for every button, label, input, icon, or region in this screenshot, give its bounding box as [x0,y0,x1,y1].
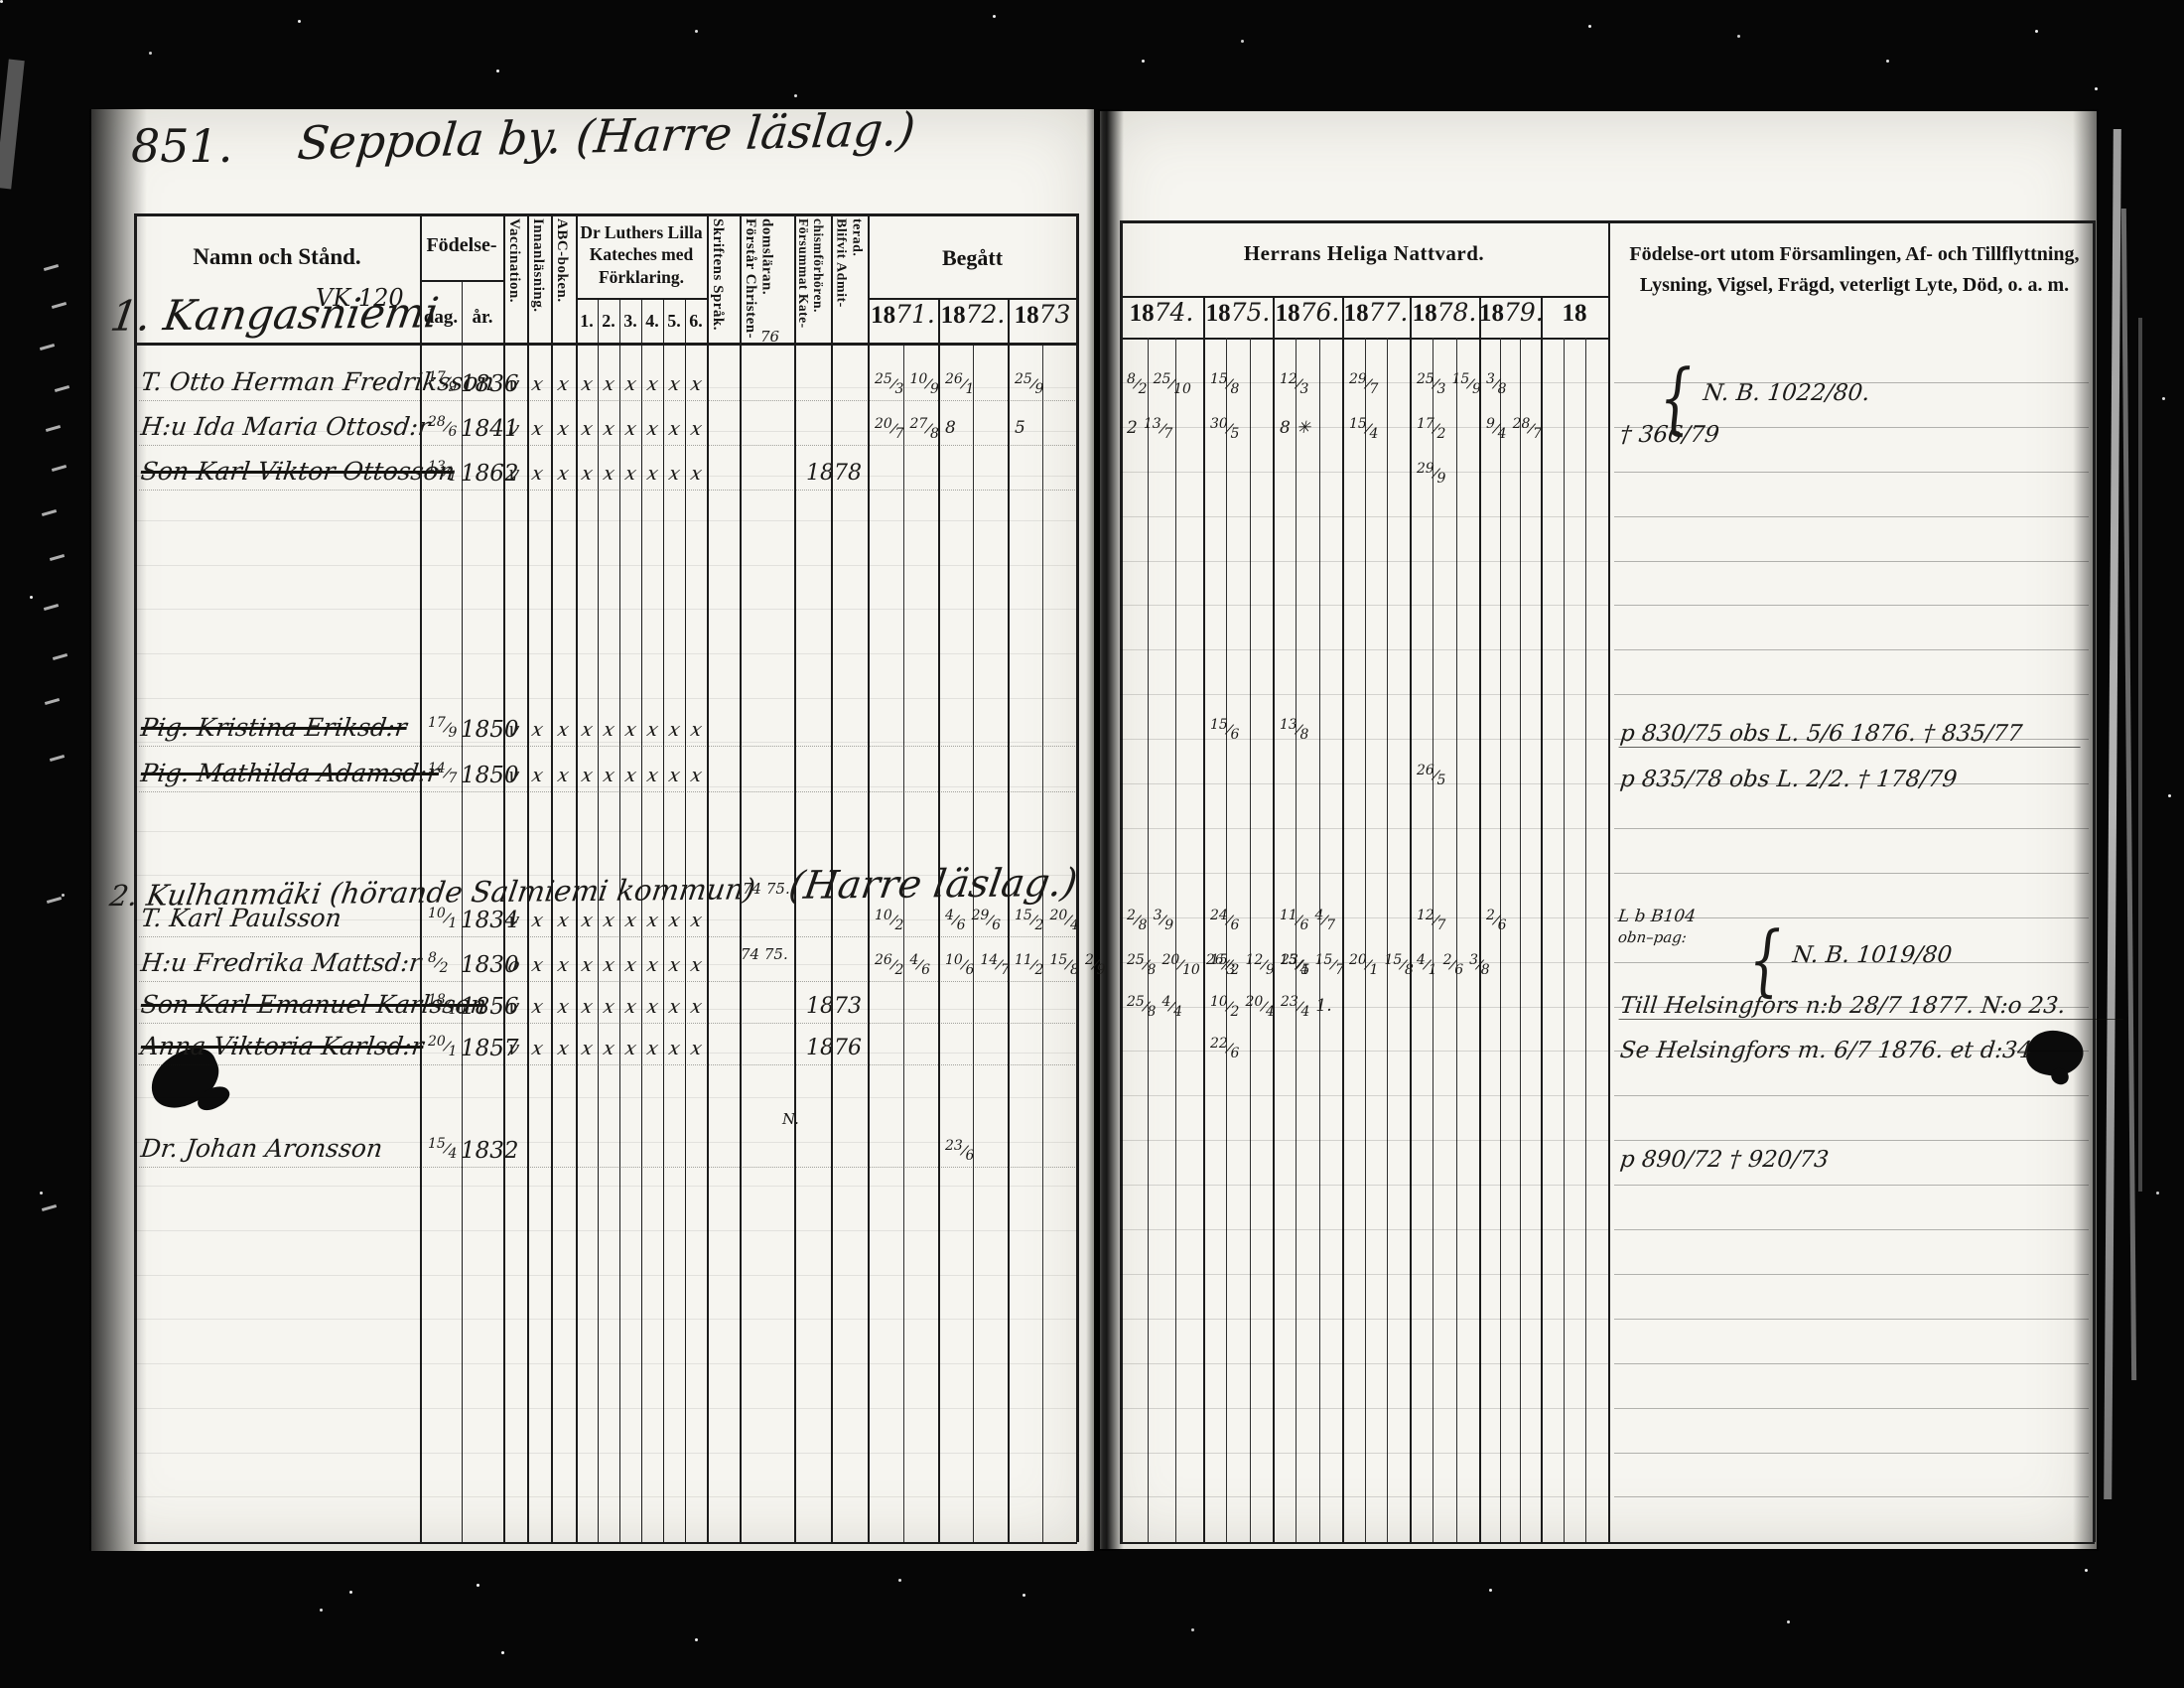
margin-note: p 890/72 † 920/73 [1619,1147,1831,1173]
ruled-line [1120,561,1608,562]
page-number: 851. [131,119,232,173]
ruled-line [1614,1229,2089,1230]
nattvard-entry: 15/8 [1207,373,1242,392]
ruled-line [134,1363,1077,1364]
margin-note: Se Helsingfors m. 6/7 1876. et d:34 [1619,1038,2033,1063]
grid-line [1120,220,1122,1542]
ruled-line [134,1453,1077,1454]
ruled-line [134,609,1077,610]
begatt-entry: 26/24/6 [872,954,933,973]
row-baseline [139,1167,1075,1168]
row-birth-day: 28/6 [425,416,460,435]
ruled-line [134,653,1077,654]
grid-line [134,213,1077,216]
margin-note: Till Helsingfors n:b 28/7 1877. N:o 23. [1619,993,2126,1019]
begatt-entry: 15/220/4 [1012,910,1082,928]
ruled-line [1120,828,1608,829]
begatt-entry: 11/215/82/9 [1012,954,1109,973]
grid-line [2093,220,2096,1542]
row-birth-day: 17/9 [425,371,460,390]
ruled-line [1120,472,1608,473]
nattvard-entry: 2/6 [1483,910,1510,928]
row-baseline [139,1064,1075,1065]
row-birth-day: 14/7 [425,763,460,781]
binding-mark [53,653,68,660]
ruled-line [1614,605,2089,606]
nattvard-entry: 25/84/4 [1124,996,1185,1015]
row-baseline [139,746,1075,747]
vertical-column-label: Försummat Kate- chismförhören. [796,218,833,341]
nattvard-year-header: 1874. [1120,298,1203,328]
nattvard-entry: 11/64/7 [1277,910,1338,928]
center-fold-shadow [1086,109,1124,1551]
column-year-note: 74 75. [741,945,788,963]
begatt-entry: 20/727/8 [872,418,942,437]
kateches-subcolumn-number: 4. [641,311,663,332]
grid-line [1456,338,1457,1542]
row-birth-day: 13/1 [425,461,460,480]
margin-note: † 366/79 [1619,422,1720,448]
nattvard-year-header: 1875. [1203,298,1273,328]
vertical-column-label: Skriftens Språk. [709,218,742,341]
column-header-nattvard: Herrans Heliga Nattvard. [1120,241,1608,266]
nattvard-entry: 12/7 [1414,910,1448,928]
nattvard-entry: 15/415/7 [1277,954,1347,973]
row-birth-year: 1832 [461,1138,519,1164]
ruled-line [1120,1185,1608,1186]
ruled-line [134,742,1077,743]
grid-line [1410,296,1412,1542]
column-header-name: Namn och Stånd. [134,244,420,270]
admitted-year: 1876 [806,1036,862,1060]
grid-line [1365,338,1366,1542]
ruled-line [1120,1274,1608,1275]
binding-mark [45,698,60,705]
row-name: Anna Viktoria Karlsd:r [139,1032,425,1060]
ruled-line [1614,1274,2089,1275]
vertical-column-label: Innanläsning. [529,218,553,341]
margin-note: {N. B. 1022/80. [1657,369,1872,429]
page-edge-streak [2121,209,2136,1380]
ruled-line [1614,694,2089,695]
ruled-line [134,831,1077,832]
grid-line [1296,338,1297,1542]
nattvard-entry: 3/8 [1483,373,1510,392]
ruled-line [1120,1051,1608,1052]
ruled-line [1614,1319,2089,1320]
admitted-year: 1873 [806,994,862,1019]
ruled-line [1120,516,1608,517]
vertical-column-label: Vaccination. [505,218,529,341]
ruled-line [1614,472,2089,473]
group-heading: 1. Kangasniemi [107,288,442,340]
row-name: H:u Fredrika Mattsd:r [139,948,423,977]
ruled-line [134,1496,1077,1497]
grid-line [1520,338,1521,1542]
ruled-line [1120,694,1608,695]
grid-line [1479,296,1481,1542]
grid-line [1273,296,1275,1542]
begatt-year-header: 1872. [938,300,1008,330]
ruled-line [1120,1007,1608,1008]
grid-line [903,343,904,1542]
binding-mark [42,509,57,516]
margin-note: {N. B. 1019/80 [1746,931,1955,991]
ruled-line [1614,516,2089,517]
row-birth-day: 10/1 [425,908,460,926]
nattvard-entry: 24/6 [1207,910,1242,928]
grid-line [1585,338,1586,1542]
ruled-line [134,1097,1077,1098]
ruled-line [134,1408,1077,1409]
kateches-subcolumn-number: 3. [619,311,641,332]
binding-mark [47,897,62,904]
nattvard-entry: 13/8 [1277,719,1311,738]
ruled-line [134,1319,1077,1320]
column-header-begatt: Begått [868,245,1077,271]
column-year-note: 74 75. [743,880,790,898]
nattvard-year-header: 1876. [1273,298,1342,328]
row-baseline [139,445,1075,446]
grid-line [1387,338,1388,1542]
nattvard-entry: 17/2 [1414,418,1448,437]
binding-mark [52,465,67,472]
grid-line [1042,343,1043,1542]
ruled-line [1120,1453,1608,1454]
row-birth-day: 20/1 [425,1036,460,1055]
vertical-column-label: Förstår Christen- domsläran. [742,218,796,341]
row-name: Son Karl Viktor Ottosson [139,457,456,486]
nattvard-entry: 29/9 [1414,463,1448,482]
begatt-entry: 23/6 [942,1140,977,1159]
ruled-line [1120,605,1608,606]
row-birth-day: 15/4 [425,1138,460,1157]
grid-line [1564,338,1565,1542]
grid-line [576,298,707,300]
ruled-line [134,698,1077,699]
ruled-line [1614,1496,2089,1497]
ruled-line [1614,649,2089,650]
ruled-line [134,565,1077,566]
ruled-line [1120,1095,1608,1096]
ruled-line [1614,828,2089,829]
column-header-birth: Födelse- [420,234,503,257]
ruled-line [1120,1319,1608,1320]
ruled-line [1120,1229,1608,1230]
column-header-kateches: Dr Luthers Lilla Kateches med Förklaring… [574,221,709,288]
nattvard-entry: 15/4 [1346,418,1381,437]
begatt-entry: 8 [942,418,959,438]
scanned-parish-register: 851. Seppola by. (Harre läslag.) VK 120 … [0,0,2184,1688]
binding-mark [50,554,65,561]
grid-line [1319,338,1320,1542]
grid-line [134,343,1077,346]
binding-mark [55,385,69,392]
ruled-line [1614,1363,2089,1364]
nattvard-entry: 2/83/9 [1124,910,1176,928]
kateches-subcolumn-number: 6. [685,311,707,332]
grid-line [1608,220,1610,1542]
column-header-notes: Födelse-ort utom Församlingen, Af- och T… [1628,239,2081,301]
nattvard-entry: 20/115/8 [1346,954,1417,973]
nattvard-entry: 30/5 [1207,418,1242,437]
column-header-birth-year: år. [462,307,503,329]
kateches-subcolumn-number: 2. [598,311,619,332]
grid-line [420,280,503,282]
row-name: Pig. Kristina Eriksd:r [139,713,408,742]
grid-line [973,343,974,1542]
ruled-line [1614,1408,2089,1409]
margin-note: p 835/78 obs L. 2/2. † 178/79 [1619,767,1959,792]
begatt-entry: 5 [1012,418,1028,438]
vertical-column-label: Blifvit Admit- terad. [833,218,870,341]
binding-mark [46,425,61,432]
begatt-entry: 25/310/9 [872,373,942,392]
ruled-line [1120,1140,1608,1141]
page-edge-streak [2104,129,2121,1499]
nattvard-year-header: 1877. [1342,298,1410,328]
kateches-subcolumn-number: 5. [663,311,685,332]
grid-line [1120,1542,2095,1544]
nattvard-entry: 29/7 [1346,373,1381,392]
nattvard-entry: 12/3 [1277,373,1311,392]
page-edge-streak [2138,318,2142,1192]
nattvard-entry: 22/6 [1207,1038,1242,1056]
nattvard-year-header: 1879. [1479,298,1541,328]
row-name: Pig. Mathilda Adamsd:r [139,759,441,787]
begatt-entry: 10/2 [872,910,906,928]
margin-note: L b B104 [1617,907,1697,926]
grid-line [1433,338,1433,1542]
row-birth-day: 17/9 [425,717,460,736]
row-baseline [139,981,1075,982]
row-baseline [139,400,1075,401]
grid-line [1148,338,1149,1542]
row-name: Dr. Johan Aronsson [139,1134,384,1163]
grid-line [1250,338,1251,1542]
row-baseline [139,936,1075,937]
column-year-note: N. [782,1110,799,1128]
grid-line [1203,296,1205,1542]
binding-mark [40,344,55,351]
nattvard-entry: 25/315/9 [1414,373,1484,392]
begatt-year-header: 1871. [868,300,938,330]
grid-line [134,1542,1077,1544]
binding-mark [42,1204,57,1211]
ruled-line [134,520,1077,521]
ruled-line [134,1230,1077,1231]
binding-mark [50,755,65,762]
nattvard-entry: 10/220/423/41. [1207,996,1335,1016]
ruled-line [1120,739,1608,740]
nattvard-entry: 9/428/7 [1483,418,1545,437]
ruled-line [1120,649,1608,650]
ruled-line [1120,1408,1608,1409]
nattvard-entry: 213/7 [1124,418,1175,438]
ruled-line [1614,561,2089,562]
row-baseline [139,490,1075,491]
begatt-entry: 26/1 [942,373,977,392]
spine-edge-streak [0,60,25,190]
column-year-note: 76 [760,328,779,346]
grid-line [1541,296,1543,1542]
begatt-entry: 4/629/6 [942,910,1004,928]
nattvard-entry: 8/225/10 [1124,373,1194,392]
margin-note: obn–pag: [1617,928,1688,946]
begatt-year-header: 1873 [1008,300,1077,330]
begatt-entry: 10/614/7 [942,954,1013,973]
ruled-line [1120,783,1608,784]
grid-line [1226,338,1227,1542]
nattvard-year-header: 18 [1541,298,1608,328]
ruled-line [1120,1363,1608,1364]
nattvard-year-header: 1878. [1410,298,1479,328]
vertical-column-label: ABC-boken. [553,218,578,341]
ruled-line [1614,1095,2089,1096]
nattvard-entry: 4/12/63/8 [1414,954,1493,973]
scan-dust-speckles [0,0,3,3]
row-name: H:u Ida Maria Ottosd:r [139,412,432,441]
ruled-line [1614,1140,2089,1141]
kateches-subcolumn-number: 1. [576,311,598,332]
row-name: T. Karl Paulsson [139,904,342,932]
ruled-line [1614,1453,2089,1454]
margin-note: p 830/75 obs L. 5/6 1876. † 835/77 [1619,721,2084,747]
ruled-line [1614,1185,2089,1186]
grid-line [1342,296,1344,1542]
grid-line [1120,220,2095,223]
ruled-line [134,1186,1077,1187]
row-baseline [139,791,1075,792]
nattvard-entry: 15/6 [1207,719,1242,738]
row-birth-day: 8/2 [425,952,452,971]
begatt-entry: 25/9 [1012,373,1046,392]
nattvard-entry: 8✳ [1277,418,1313,438]
admitted-year: 1878 [806,461,862,486]
ruled-line [1120,1496,1608,1497]
binding-mark [44,264,59,271]
ruled-line [1614,873,2089,874]
grid-line [1175,338,1176,1542]
row-baseline [139,1023,1075,1024]
ruled-line [1120,917,1608,918]
nattvard-entry: 26/5 [1414,765,1448,783]
binding-mark [44,604,59,611]
grid-line [1500,338,1501,1542]
ruled-line [1120,873,1608,874]
ruled-line [134,1275,1077,1276]
binding-mark [52,302,67,309]
